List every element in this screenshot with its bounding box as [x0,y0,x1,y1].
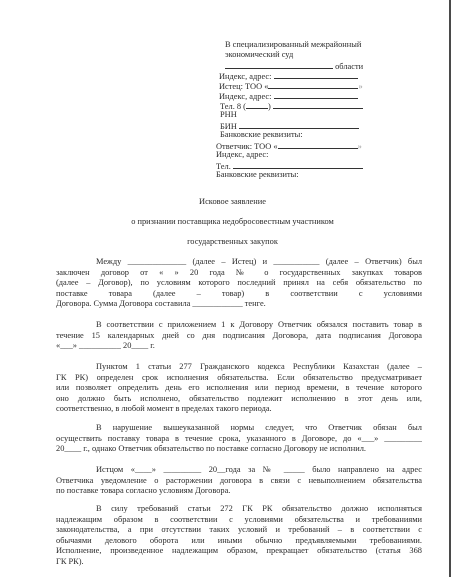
para-line: Ответчика уведомление о расторжении дого… [56,476,422,487]
para-line: соответственно, в любой момент в предела… [56,404,422,415]
region-blank[interactable] [225,60,333,69]
bin-blank[interactable] [239,120,359,129]
para-line: законодательства, а при отсутствии таких… [56,525,422,536]
document-page: В специализированный межрайонный экономи… [0,0,449,577]
para-line: оно должно быть исполнено, обязательство… [56,394,422,405]
phone-code-blank[interactable] [246,100,268,109]
quote-close: » [358,142,362,151]
defendant-address-line: Индекс, адрес: [216,150,268,160]
para-line: или позволяет определить день его исполн… [56,383,422,394]
paragraph-article-277: Пунктом 1 статьи 277 Гражданского кодекс… [56,362,422,415]
paragraph-delivery-term: В соответствии с приложением 1 к Договор… [56,320,422,352]
para-line: В соответствии с приложением 1 к Договор… [56,320,422,331]
plaintiff-address-blank[interactable] [274,70,358,79]
para-line: по поставке товара согласно условиям Дог… [56,486,422,497]
para-line: надлежащим образом в соответствии с усло… [56,515,422,526]
paragraph-contract: Между ______________ (далее – Истец) и _… [56,257,422,310]
para-line: ГК РК). [56,557,422,568]
plaintiff-bank-line: Банковские реквизиты: [220,130,303,140]
para-line: 20____ г., однако Ответчик обязательство… [56,444,422,455]
para-line: Между ______________ (далее – Истец) и _… [56,257,422,268]
paren-close: ) [268,102,271,111]
para-line: Пунктом 1 статьи 277 Гражданского кодекс… [56,362,422,373]
court-line-1: В специализированный межрайонный [225,40,361,50]
plaintiff-address2-blank[interactable] [274,90,358,99]
para-line: осуществить поставку товара в течение ср… [56,434,422,445]
para-line: заключен договор от « » 20 года № о госу… [56,268,422,279]
plaintiff-phone-blank[interactable] [273,100,363,109]
para-line: «___» __________ 20____ г. [56,341,422,352]
document-title: Исковое заявление [8,197,451,207]
defendant-phone-blank[interactable] [233,160,363,169]
defendant-bank-line: Банковские реквизиты: [216,170,299,180]
paragraph-violation: В нарушение вышеуказанной нормы следует,… [56,423,422,455]
para-line: поставке товара (далее – товар) в соотве… [56,289,422,300]
quote-close: » [358,82,362,91]
para-line: Договора. Сумма Договора составила _____… [56,299,422,310]
plaintiff-phone-line: Тел. 8 () [220,100,363,112]
para-line: течение 15 календарных дней со дня подпи… [56,331,422,342]
document-subtitle: о признании поставщика недобросовестным … [8,217,451,227]
plaintiff-name-blank[interactable] [268,80,358,89]
paragraph-notice: Истцом «____» _________ 20__года за № __… [56,465,422,497]
para-line: В нарушение вышеуказанной нормы следует,… [56,423,422,434]
para-line: Истцом «____» _________ 20__года за № __… [56,465,422,476]
defendant-name-blank[interactable] [278,140,358,149]
para-line: Исполнение, произведенное надлежащим обр… [56,546,422,557]
para-line: ГК РК) определен срок исполнения обязате… [56,373,422,384]
para-line: (далее – Договор), по условиям которого … [56,278,422,289]
paragraph-article-272: В силу требований статьи 272 ГК РК обяза… [56,504,422,568]
court-line-2: экономический суд [225,50,293,60]
para-line: В силу требований статьи 272 ГК РК обяза… [56,504,422,515]
para-line: обычаями делового оборота или иными обыч… [56,536,422,547]
document-subtitle-2: государственных закупок [8,237,451,247]
rnn-line: РНН [220,110,237,120]
